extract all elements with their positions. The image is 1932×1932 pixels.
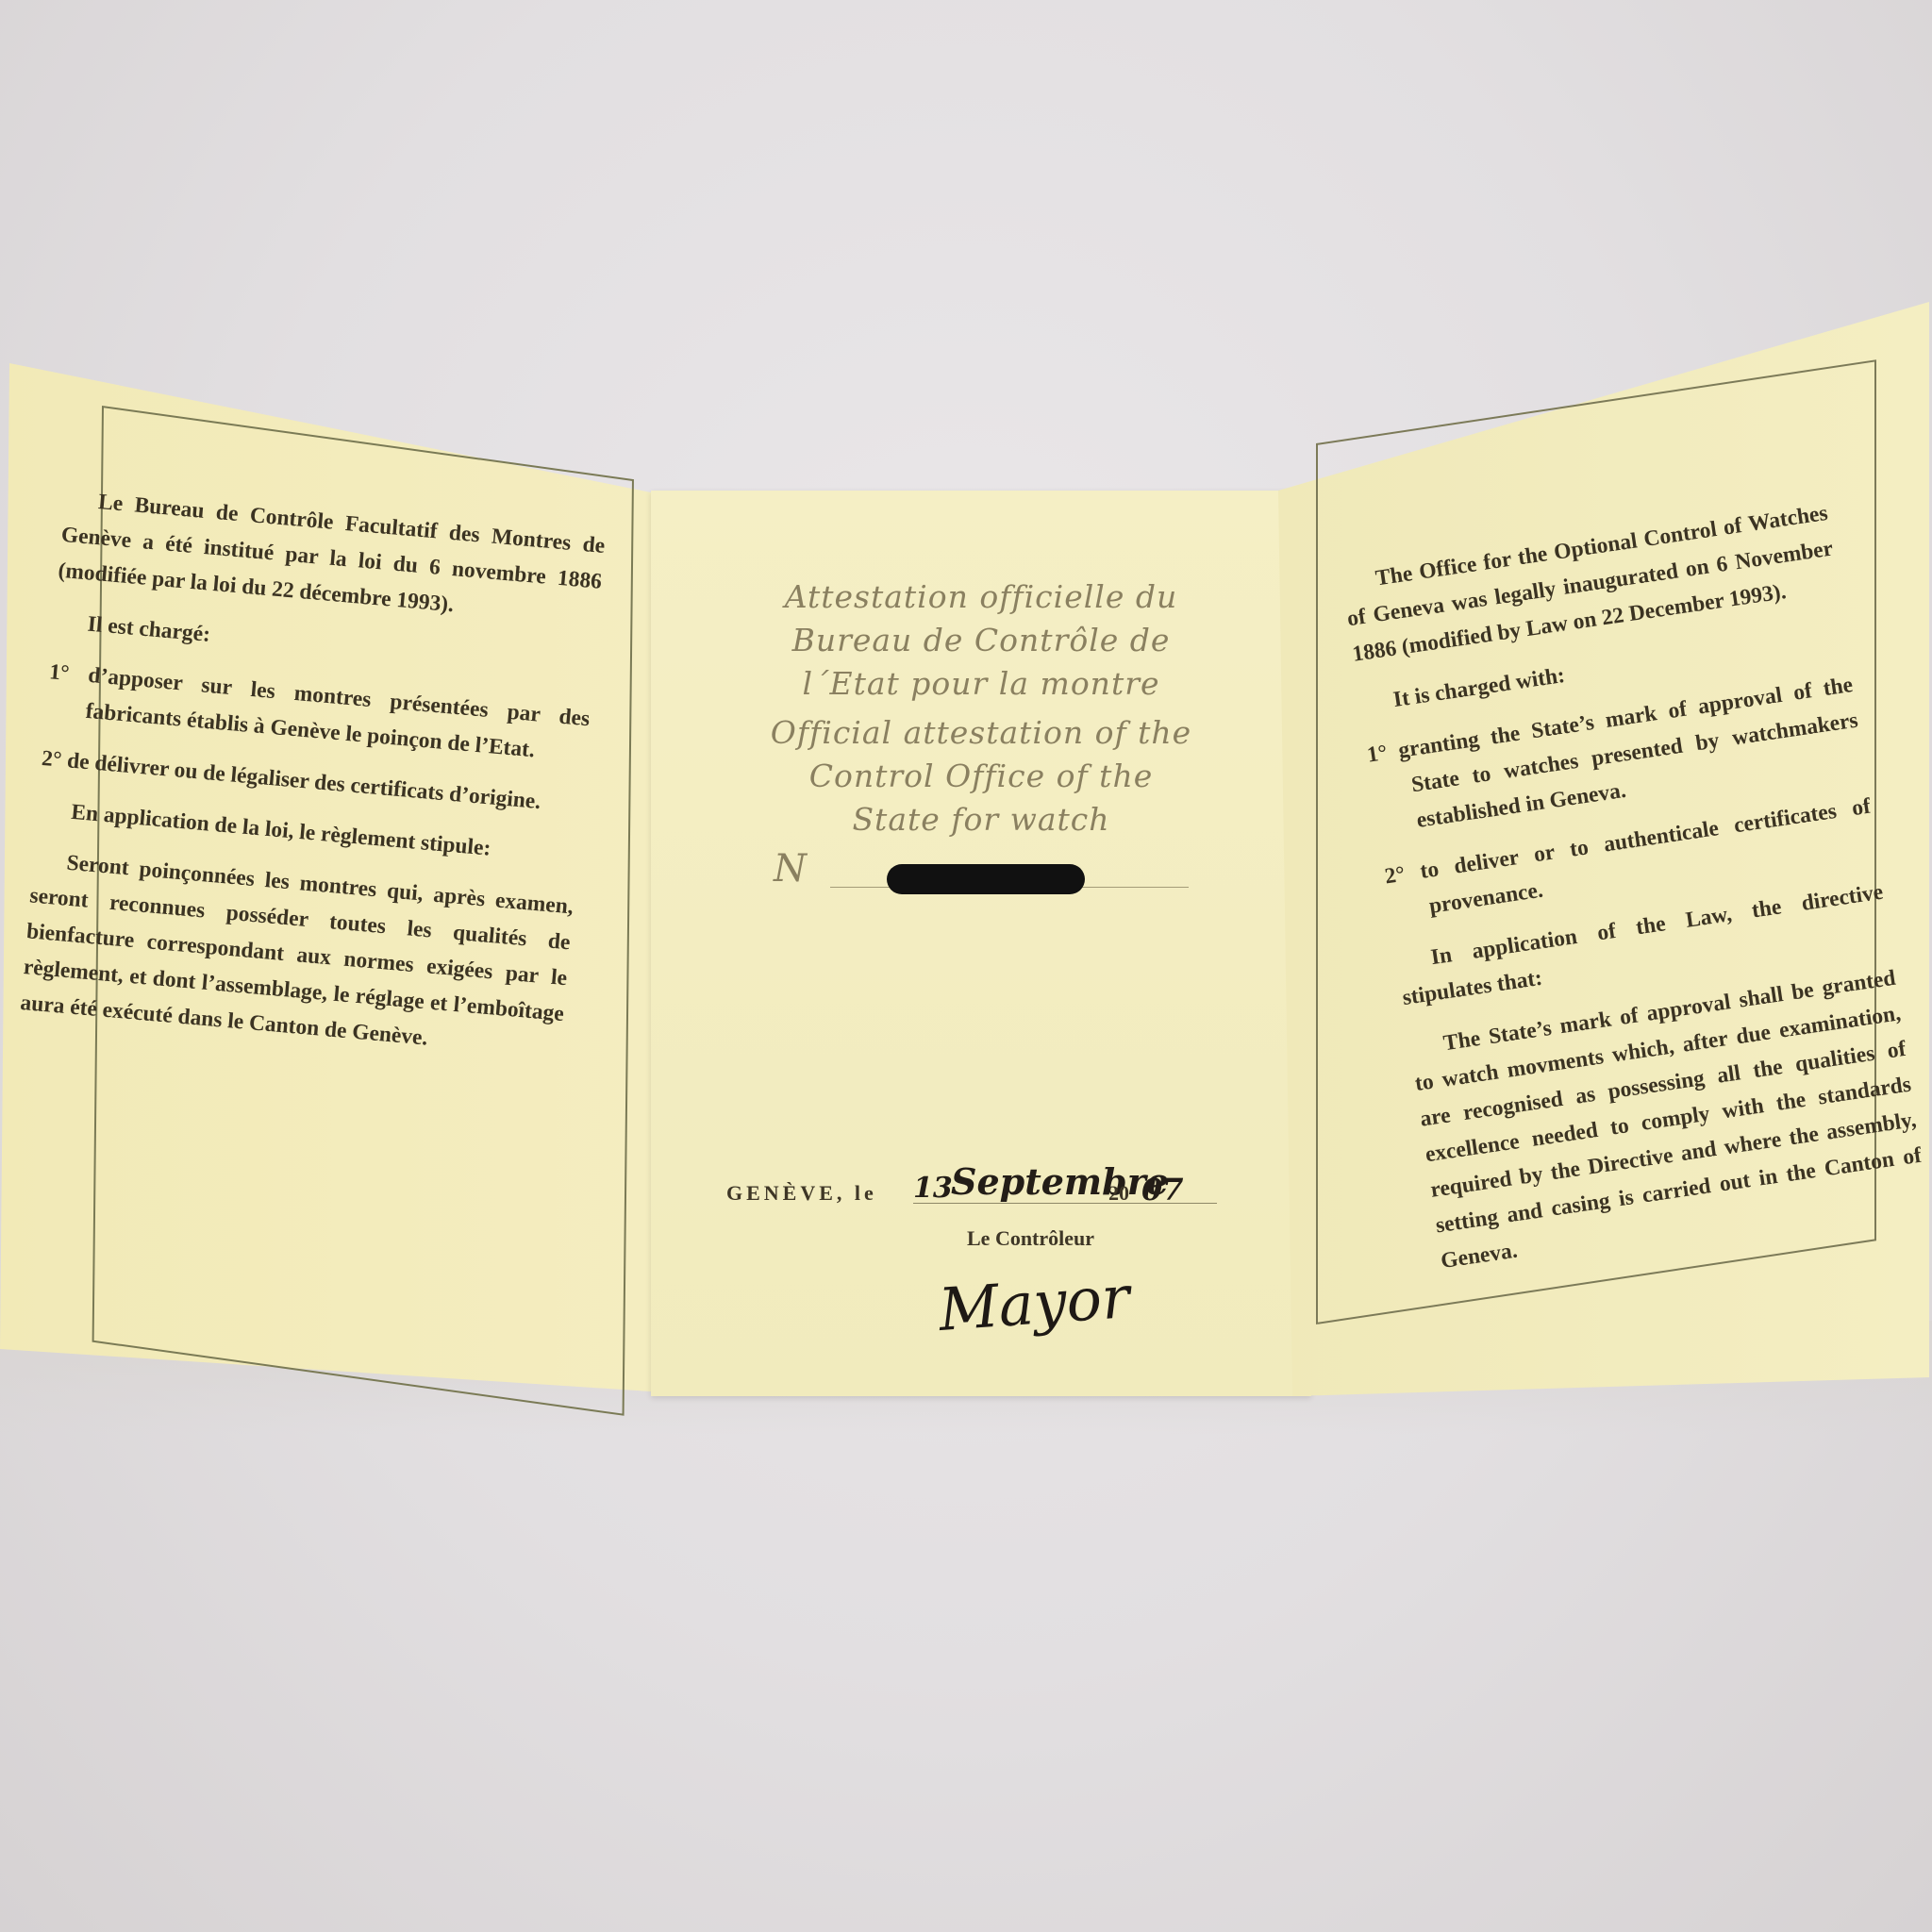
french-regulation-text: Le Bureau de Contrôle Facultatif des Mon… [18, 481, 607, 1083]
title-fr-line: Bureau de Contrôle de [745, 619, 1217, 662]
date-field: GENÈVE, le 13 Septembre 20 07 [726, 1172, 1217, 1209]
paragraph: The State’s mark of approval shall be gr… [1407, 960, 1929, 1279]
place-label: GENÈVE, le [726, 1181, 877, 1206]
handwritten-year: 07 [1141, 1172, 1184, 1207]
redacted-number [887, 864, 1085, 894]
title-fr-line: l´Etat pour la montre [745, 662, 1217, 706]
title-en-line: Official attestation of the [745, 711, 1217, 755]
title-en-line: State for watch [745, 798, 1217, 841]
watch-number-field: N [774, 860, 1189, 894]
handwritten-month: Septembre [951, 1160, 1169, 1203]
title-en-line: Control Office of the [745, 755, 1217, 798]
number-label: N [774, 847, 807, 891]
controller-label: Le Contrôleur [967, 1226, 1094, 1251]
paragraph: Seront poinçonnées les montres qui, aprè… [19, 842, 575, 1068]
title-fr-line: Attestation officielle du [745, 575, 1217, 619]
handwritten-day: 13 [913, 1172, 953, 1205]
english-regulation-text: The Office for the Optional Control of W… [1340, 495, 1931, 1294]
signature: Mayor [937, 1262, 1132, 1344]
year-prefix: 20 [1108, 1181, 1129, 1206]
attestation-title: Attestation officielle du Bureau de Cont… [745, 575, 1217, 841]
